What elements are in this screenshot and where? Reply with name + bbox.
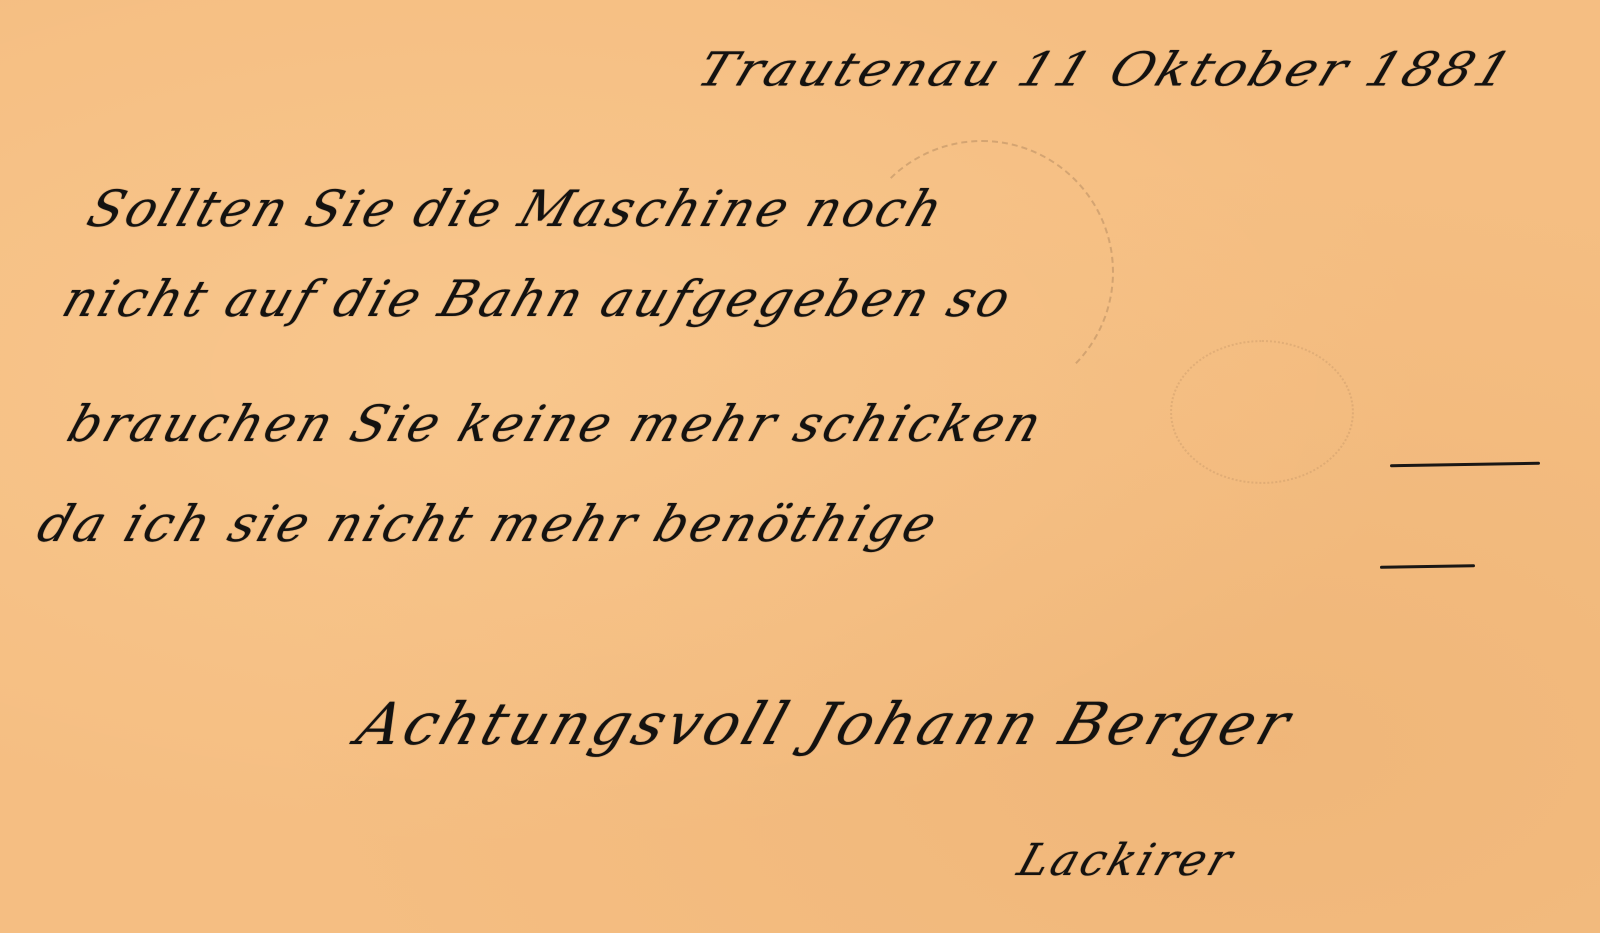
postcard-paper	[0, 0, 1600, 933]
body-line-4: da ich sie nicht mehr benöthige	[31, 495, 947, 553]
body-line-1: Sollten Sie die Maschine noch	[81, 180, 953, 238]
dateline: Trautenau 11 Oktober 1881	[690, 43, 1522, 97]
faded-postmark-secondary	[1170, 340, 1354, 484]
body-line-2: nicht auf die Bahn aufgegeben so	[56, 270, 1021, 328]
closing-signature: Achtungsvoll Johann Berger	[349, 690, 1302, 758]
signer-title: Lackirer	[1012, 835, 1242, 886]
body-line-3: brauchen Sie keine mehr schicken	[61, 395, 1052, 453]
